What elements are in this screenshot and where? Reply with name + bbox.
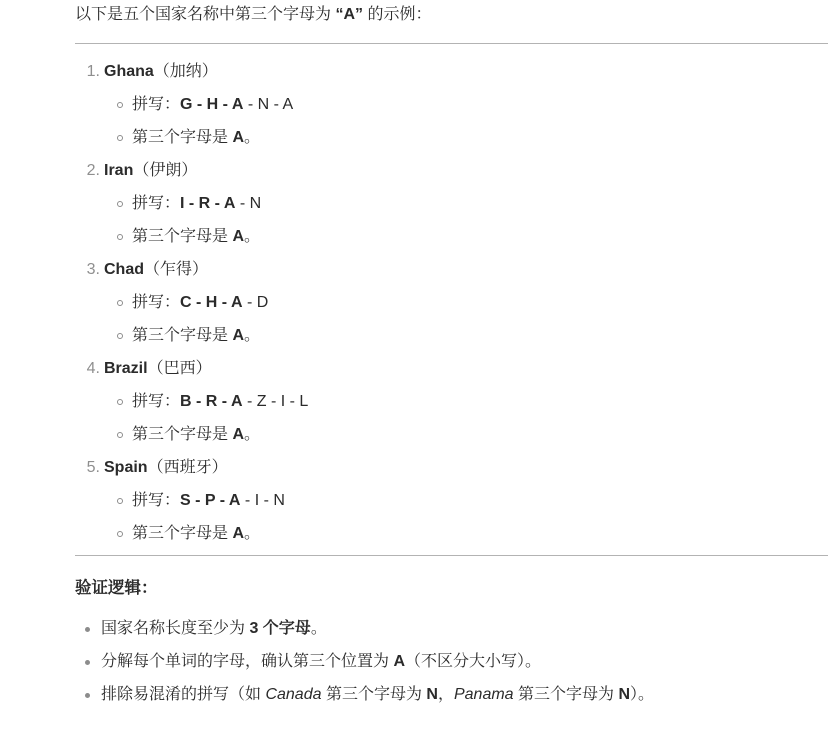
bullet-bold: A xyxy=(393,653,405,670)
country-name: Ghana xyxy=(104,63,154,80)
country-title: Iran（伊朗） xyxy=(104,159,828,183)
country-name: Spain xyxy=(104,459,148,476)
list-item-chad: 3. Chad（乍得） 拼写：C - H - A - D 第三个字母是 A。 xyxy=(75,258,828,357)
intro-highlight-letter: “A” xyxy=(335,6,363,23)
country-chinese: （巴西） xyxy=(148,360,212,377)
third-letter: A xyxy=(232,525,244,542)
third-suffix: 。 xyxy=(244,525,260,542)
country-name: Brazil xyxy=(104,360,148,377)
spelling-label: 拼写： xyxy=(132,294,180,311)
spelling-row: 拼写：C - H - A - D xyxy=(104,291,828,315)
third-letter: A xyxy=(232,426,244,443)
third-letter-row: 第三个字母是 A。 xyxy=(104,225,828,249)
spelling-bold: S - P - A xyxy=(180,492,240,509)
bullet-italic: Canada xyxy=(265,686,321,703)
hollow-bullet-icon xyxy=(117,135,123,141)
country-title: Ghana（加纳） xyxy=(104,60,828,84)
intro-prefix: 以下是五个国家名称中第三个字母为 xyxy=(75,6,335,23)
list-number: 5. xyxy=(75,456,100,480)
hollow-bullet-icon xyxy=(117,399,123,405)
bullet-italic: Panama xyxy=(454,686,514,703)
verification-list: 国家名称长度至少为 3 个字母。 分解每个单词的字母，确认第三个位置为 A（不区… xyxy=(75,617,828,707)
country-title: Brazil（巴西） xyxy=(104,357,828,381)
third-prefix: 第三个字母是 xyxy=(132,228,232,245)
third-letter: A xyxy=(232,228,244,245)
markdown-document: 以下是五个国家名称中第三个字母为 “A” 的示例： 1. Ghana（加纳） 拼… xyxy=(0,0,836,707)
country-title: Spain（西班牙） xyxy=(104,456,828,480)
hollow-bullet-icon xyxy=(117,498,123,504)
bullet-text: ）。 xyxy=(630,686,654,703)
spelling-label: 拼写： xyxy=(132,96,180,113)
solid-bullet-icon xyxy=(85,660,90,665)
bullet-text: 国家名称长度至少为 xyxy=(101,620,249,637)
third-letter: A xyxy=(232,327,244,344)
country-chinese: （伊朗） xyxy=(133,162,197,179)
third-letter-row: 第三个字母是 A。 xyxy=(104,522,828,546)
spelling-row: 拼写：I - R - A - N xyxy=(104,192,828,216)
country-chinese: （加纳） xyxy=(154,63,218,80)
intro-paragraph: 以下是五个国家名称中第三个字母为 “A” 的示例： xyxy=(75,3,828,27)
hollow-bullet-icon xyxy=(117,432,123,438)
country-chinese: （乍得） xyxy=(144,261,208,278)
verification-bullet-2: 分解每个单词的字母，确认第三个位置为 A（不区分大小写）。 xyxy=(75,650,828,674)
third-letter: A xyxy=(232,129,244,146)
spelling-row: 拼写：B - R - A - Z - I - L xyxy=(104,390,828,414)
verification-bullet-3: 排除易混淆的拼写（如 Canada 第三个字母为 N，Panama 第三个字母为… xyxy=(75,683,828,707)
spelling-rest: - N - A xyxy=(243,96,293,113)
spelling-rest: - I - N xyxy=(240,492,284,509)
third-suffix: 。 xyxy=(244,129,260,146)
country-title: Chad（乍得） xyxy=(104,258,828,282)
hollow-bullet-icon xyxy=(117,201,123,207)
spelling-bold: C - H - A xyxy=(180,294,243,311)
spelling-label: 拼写： xyxy=(132,492,180,509)
spelling-bold: B - R - A xyxy=(180,393,243,410)
intro-suffix: 的示例： xyxy=(363,6,431,23)
third-suffix: 。 xyxy=(244,426,260,443)
hollow-bullet-icon xyxy=(117,300,123,306)
spelling-rest: - Z - I - L xyxy=(243,393,309,410)
hollow-bullet-icon xyxy=(117,102,123,108)
list-item-brazil: 4. Brazil（巴西） 拼写：B - R - A - Z - I - L 第… xyxy=(75,357,828,456)
hollow-bullet-icon xyxy=(117,234,123,240)
list-item-ghana: 1. Ghana（加纳） 拼写：G - H - A - N - A 第三个字母是… xyxy=(75,60,828,159)
spelling-label: 拼写： xyxy=(132,393,180,410)
bullet-bold: 3 个字母 xyxy=(249,620,310,637)
hollow-bullet-icon xyxy=(117,531,123,537)
solid-bullet-icon xyxy=(85,693,90,698)
verification-bullet-1: 国家名称长度至少为 3 个字母。 xyxy=(75,617,828,641)
divider-top xyxy=(75,43,828,44)
country-chinese: （西班牙） xyxy=(148,459,228,476)
spelling-rest: - D xyxy=(243,294,269,311)
bullet-bold: N xyxy=(426,686,438,703)
third-suffix: 。 xyxy=(244,228,260,245)
list-number: 4. xyxy=(75,357,100,381)
bullet-text: 。 xyxy=(311,620,327,637)
bullet-text: ， xyxy=(438,686,454,703)
bullet-text: 排除易混淆的拼写（如 xyxy=(101,686,265,703)
spelling-bold: I - R - A xyxy=(180,195,235,212)
country-ordered-list: 1. Ghana（加纳） 拼写：G - H - A - N - A 第三个字母是… xyxy=(75,60,828,555)
bullet-text: 第三个字母为 xyxy=(322,686,427,703)
solid-bullet-icon xyxy=(85,627,90,632)
third-letter-row: 第三个字母是 A。 xyxy=(104,126,828,150)
list-number: 1. xyxy=(75,60,100,84)
country-name: Chad xyxy=(104,261,144,278)
verification-heading: 验证逻辑： xyxy=(75,576,828,600)
bullet-text: 分解每个单词的字母，确认第三个位置为 xyxy=(101,653,393,670)
bullet-text: 第三个字母为 xyxy=(514,686,619,703)
bullet-bold: N xyxy=(618,686,630,703)
list-number: 3. xyxy=(75,258,100,282)
third-letter-row: 第三个字母是 A。 xyxy=(104,324,828,348)
hollow-bullet-icon xyxy=(117,333,123,339)
list-item-iran: 2. Iran（伊朗） 拼写：I - R - A - N 第三个字母是 A。 xyxy=(75,159,828,258)
spelling-row: 拼写：S - P - A - I - N xyxy=(104,489,828,513)
list-number: 2. xyxy=(75,159,100,183)
third-prefix: 第三个字母是 xyxy=(132,525,232,542)
country-name: Iran xyxy=(104,162,133,179)
third-prefix: 第三个字母是 xyxy=(132,426,232,443)
spelling-bold: G - H - A xyxy=(180,96,243,113)
third-prefix: 第三个字母是 xyxy=(132,129,232,146)
divider-bottom xyxy=(75,555,828,556)
spelling-rest: - N xyxy=(235,195,261,212)
third-suffix: 。 xyxy=(244,327,260,344)
list-item-spain: 5. Spain（西班牙） 拼写：S - P - A - I - N 第三个字母… xyxy=(75,456,828,555)
spelling-label: 拼写： xyxy=(132,195,180,212)
third-prefix: 第三个字母是 xyxy=(132,327,232,344)
third-letter-row: 第三个字母是 A。 xyxy=(104,423,828,447)
bullet-text: （不区分大小写）。 xyxy=(405,653,541,670)
spelling-row: 拼写：G - H - A - N - A xyxy=(104,93,828,117)
